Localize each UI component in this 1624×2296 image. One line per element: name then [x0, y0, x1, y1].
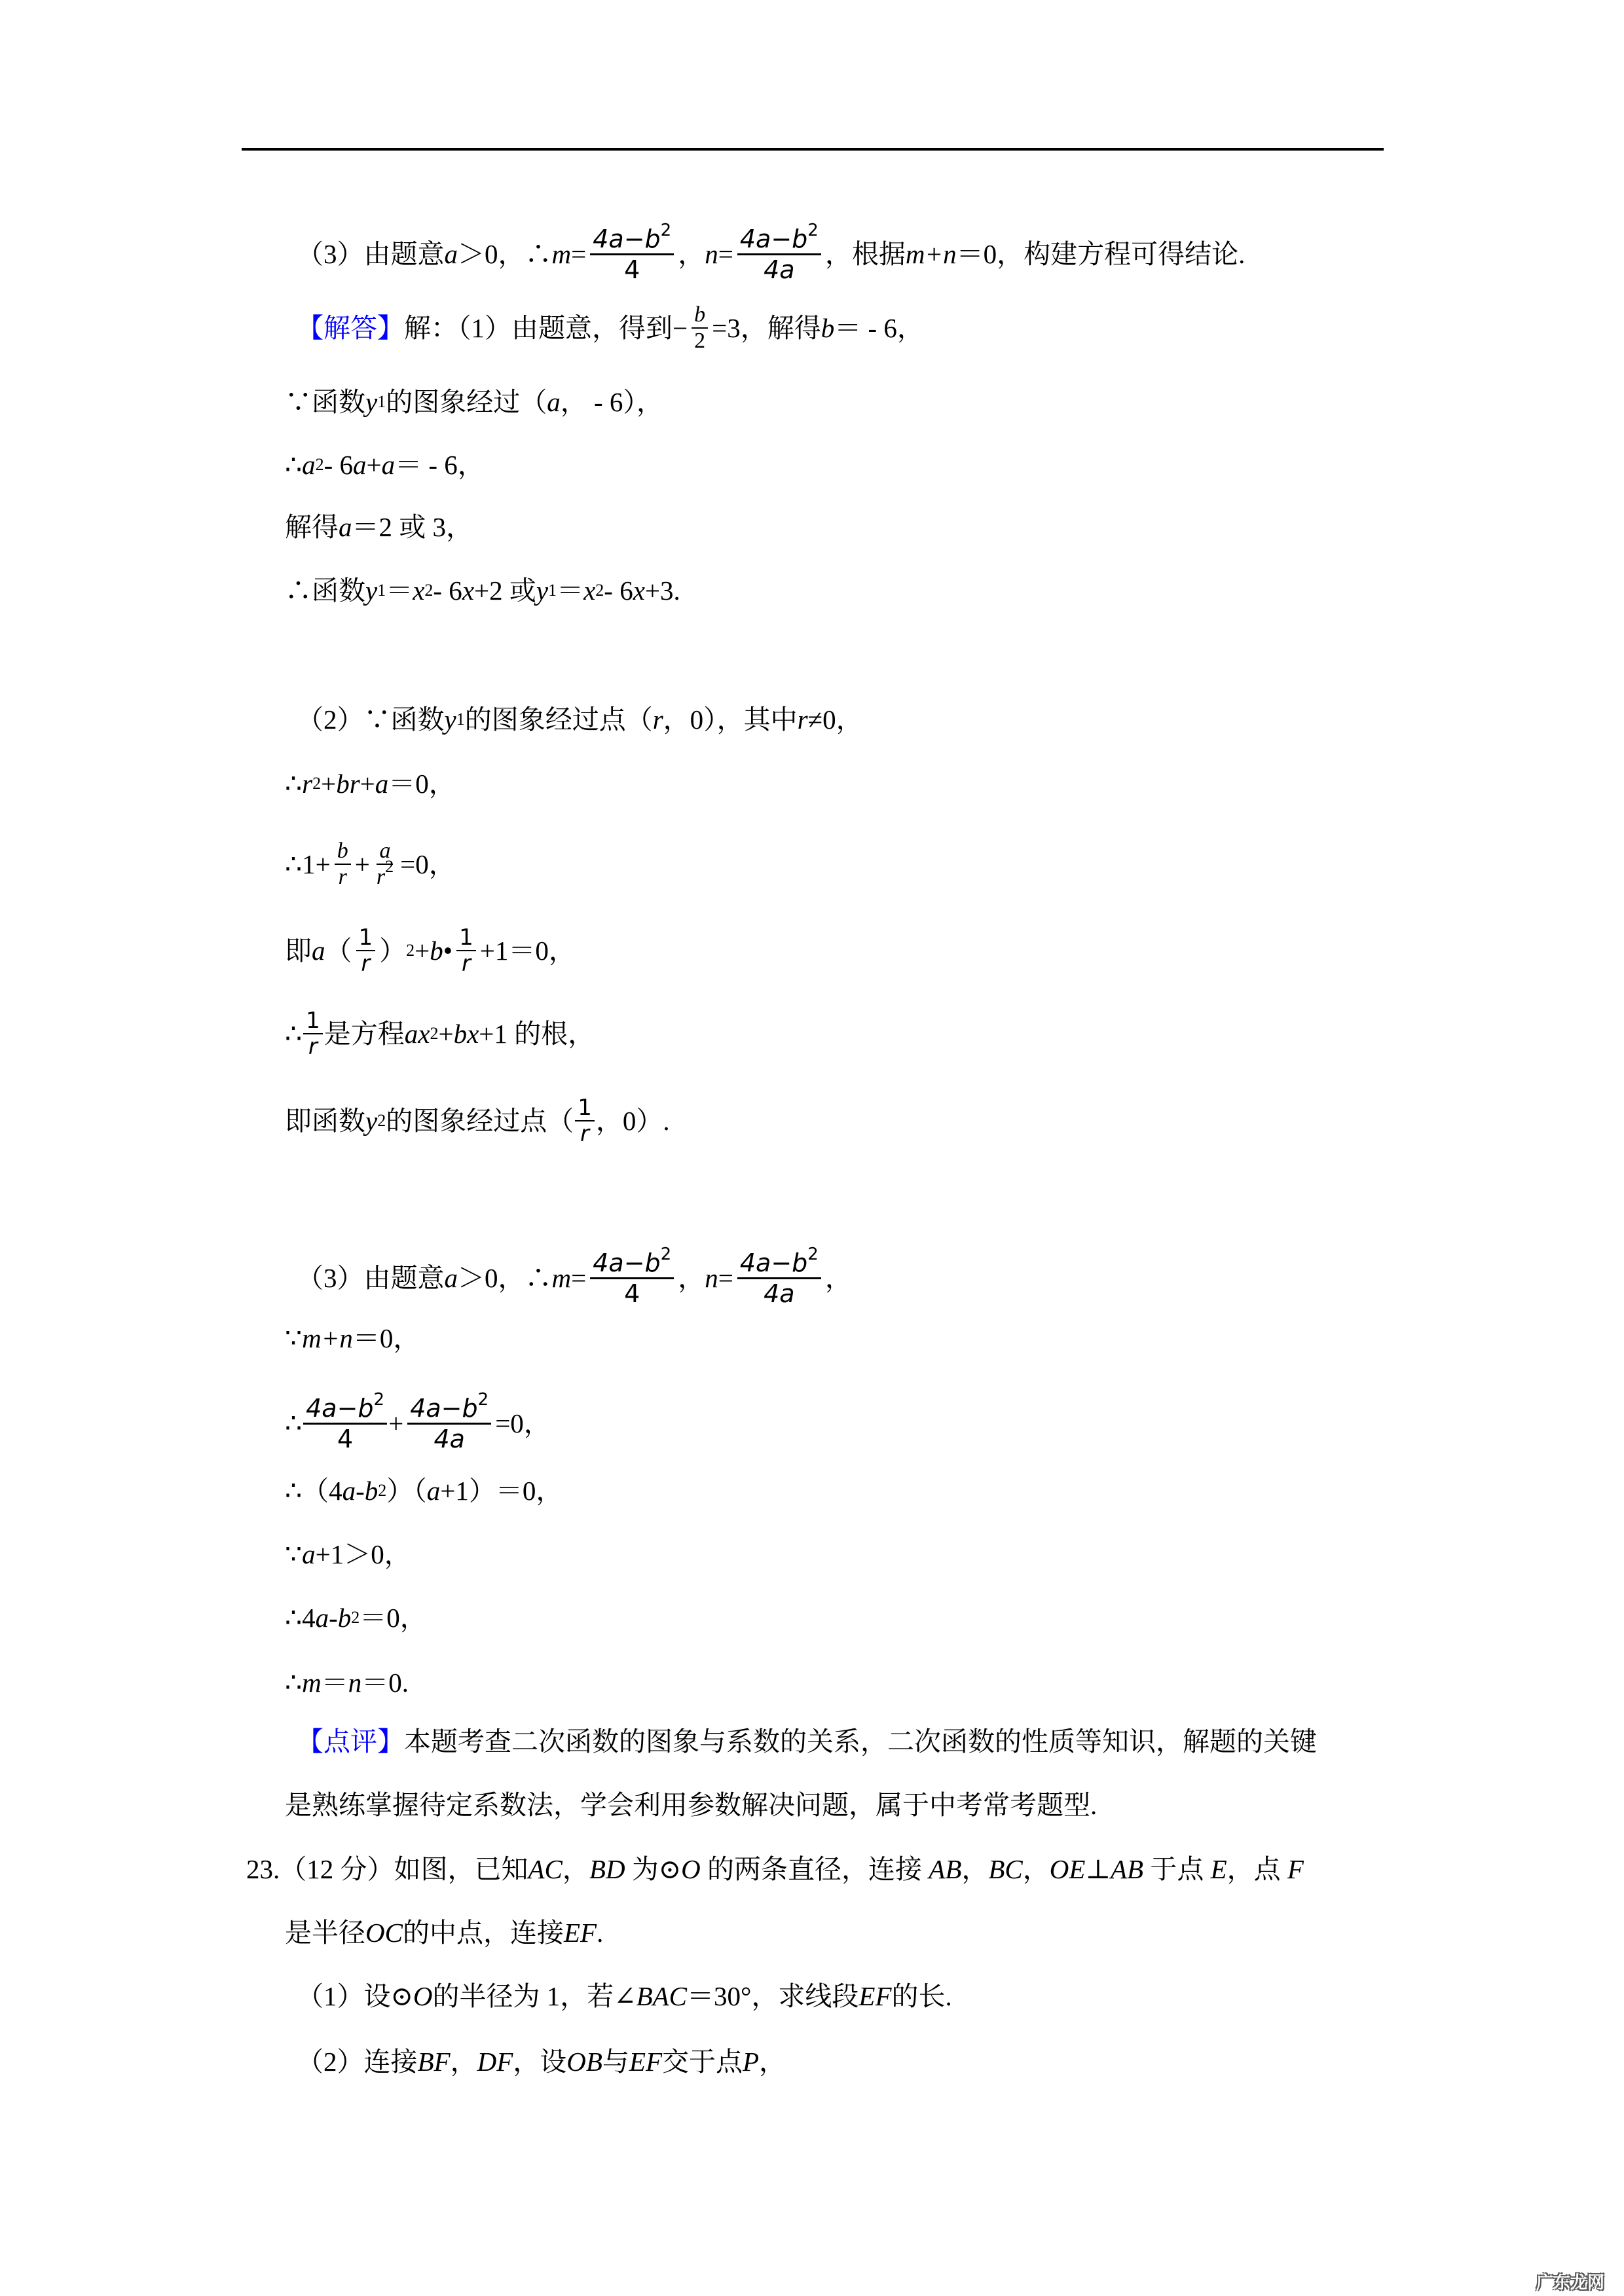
var: a [316, 1602, 329, 1633]
text: + [415, 935, 430, 966]
fraction: br [335, 839, 351, 890]
text: ∴ [285, 449, 302, 481]
text: 是方程 [324, 1018, 405, 1049]
var: x [413, 575, 424, 606]
num: 4a [740, 225, 771, 253]
var: EF [564, 1917, 597, 1948]
text: ） [379, 935, 406, 966]
solution-part3-line4: ∴（4a - b2）（a+1）＝0， [285, 1475, 563, 1506]
solution-part1-line2: ∵函数 y1 的图象经过（ a ， - 6）， [285, 386, 663, 418]
text: =3，解得 [712, 312, 821, 344]
var: y [445, 704, 456, 735]
var: b [821, 312, 835, 344]
text: ∴ [285, 1018, 302, 1049]
num: −b [624, 225, 661, 253]
den: r [459, 951, 473, 976]
text: - [329, 1602, 338, 1633]
text: ∴函数 [285, 575, 365, 606]
solution-part1-line1: 【解答】 解：（1）由题意，得到− b 2 =3，解得 b ＝ - 6， [297, 312, 924, 344]
var: r [798, 704, 808, 735]
sup: 2 [385, 857, 394, 876]
sup: 2 [478, 1390, 489, 1410]
text: + [355, 848, 370, 880]
text: ≠0， [808, 704, 863, 735]
text: 的长. [892, 1980, 952, 2012]
num: b [335, 839, 351, 865]
text: ，0）. [596, 1105, 670, 1137]
fraction-m: 4a−b2 4 [590, 225, 674, 284]
text: +3. [645, 575, 680, 606]
text: ⊥ [1085, 1854, 1111, 1884]
var: AB [929, 1854, 961, 1884]
fraction: 4a−b24 [303, 1394, 387, 1453]
text: ， [825, 1262, 852, 1294]
text: +2 或 [474, 575, 536, 606]
var: a [445, 1262, 458, 1294]
text: + [438, 1018, 453, 1049]
solution-part1-line4: 解得 a ＝2 或 3， [285, 511, 473, 543]
text: ＝ - 6， [395, 449, 485, 481]
var: DF [477, 2046, 513, 2077]
solution-part3-line2: ∵m+n＝0， [285, 1322, 420, 1354]
var: m [552, 1262, 572, 1294]
den: 4 [335, 1425, 356, 1453]
var: a [445, 238, 458, 270]
comment-line2: 是熟练掌握待定系数法，学会利用参数解决问题，属于中考常考题型. [285, 1789, 1097, 1821]
var: y [365, 1105, 377, 1137]
text: ， - 6）， [561, 386, 663, 418]
var: a [302, 1539, 316, 1570]
solution-part3-line5: ∵a+1＞0， [285, 1539, 411, 1570]
num: 4a [740, 1248, 771, 1277]
text: 是熟练掌握待定系数法，学会利用参数解决问题，属于中考常考题型. [285, 1789, 1097, 1821]
var: b [338, 1602, 352, 1633]
text: +1＞0， [316, 1539, 411, 1570]
var: AB [1111, 1854, 1143, 1884]
sup: 2 [374, 1390, 385, 1410]
text: ∴ [285, 1408, 302, 1439]
num: −b [441, 1394, 478, 1423]
comment-tag: 【点评】 [297, 1726, 404, 1757]
num: 1 [356, 925, 376, 951]
text: ∴ [285, 1667, 302, 1698]
var: a [427, 1475, 441, 1506]
var: n [705, 1262, 718, 1294]
var: BF [418, 2046, 451, 2077]
text: ∵ [285, 1539, 302, 1570]
solution-part3-line1: （3）由题意 a＞0，∴m= 4a−b24 ，n= 4a−b24a ， [297, 1262, 852, 1294]
text: ＝0， [353, 1322, 420, 1354]
text: = [718, 238, 733, 270]
var: OC [365, 1917, 403, 1948]
text: ， [563, 1854, 589, 1884]
solution-part1-line3: ∴ a2 - 6a+a ＝ - 6， [285, 449, 485, 481]
text: ＝0，构建方程可得结论. [957, 238, 1246, 270]
text: ， [678, 1262, 705, 1294]
text: （3）由题意 [297, 238, 445, 270]
num: −b [771, 1248, 807, 1277]
text: （ [325, 935, 352, 966]
text: + [367, 449, 382, 481]
var: b [430, 935, 443, 966]
analysis-part3-line: （3）由题意 a ＞0，∴ m = 4a−b2 4 ， n = 4a−b2 4a… [297, 238, 1245, 270]
den: 2 [692, 329, 708, 354]
num: 1 [456, 925, 476, 951]
solution-part2-line6: 即函数 y2 的图象经过点（ 1r ，0）. [285, 1105, 670, 1137]
text: ＝ - 6， [834, 312, 924, 344]
solution-part2-line2: ∴r2+br+a＝0， [285, 768, 456, 799]
var: a [312, 935, 325, 966]
var: m+n [906, 238, 957, 270]
text: ＝30°，求线段 [687, 1980, 858, 2012]
var: a [382, 449, 396, 481]
num: 4a [593, 225, 623, 253]
sup: 2 [807, 1245, 819, 1264]
var: n [705, 238, 718, 270]
text: ，点 [1227, 1854, 1287, 1884]
text: ∴4 [285, 1602, 316, 1633]
fraction-n: 4a−b2 4a [737, 225, 821, 284]
text: ＞0，∴ [458, 238, 552, 270]
sup: 2 [661, 221, 672, 240]
comment-line1: 【点评】本题考查二次函数的图象与系数的关系，二次函数的性质等知识，解题的关键 [297, 1726, 1317, 1757]
text: ＝0， [388, 768, 456, 799]
text: ＝0. [361, 1667, 409, 1698]
text: ）（ [386, 1475, 427, 1506]
var: a [353, 449, 367, 481]
text: ＝ [322, 1667, 348, 1698]
var: x [633, 575, 645, 606]
text: - 6 [324, 449, 353, 481]
var: BAC [637, 1980, 687, 2012]
solution-part2-line4: 即 a （ 1r ）2+b• 1r +1＝0， [285, 935, 576, 966]
text: = [571, 238, 586, 270]
var: P [743, 2046, 759, 2077]
text: ∴ [285, 768, 302, 799]
text: • [443, 935, 452, 966]
num: 4a [593, 1248, 623, 1277]
text: ，根据 [825, 238, 906, 270]
text: ∵函数 [285, 386, 365, 418]
var: a [302, 449, 316, 481]
var: EF [629, 2046, 662, 2077]
text: . [597, 1917, 603, 1948]
var: r [653, 704, 663, 735]
text: =0， [495, 1408, 551, 1439]
text: 于点 [1143, 1854, 1211, 1884]
text: +1）＝0， [440, 1475, 563, 1506]
text: ，设 [513, 2046, 566, 2077]
var: OB [566, 2046, 602, 2077]
den: 4 [621, 1279, 642, 1308]
var: x [462, 575, 474, 606]
text: =0， [400, 848, 456, 880]
text: ∴1+ [285, 848, 331, 880]
var: br [336, 768, 360, 799]
text: ， [961, 1854, 988, 1884]
text: ＝2 或 3， [352, 511, 473, 543]
den: r [578, 1121, 592, 1146]
var: EF [858, 1980, 891, 2012]
num: 1 [303, 1008, 323, 1034]
var: a [547, 386, 561, 418]
text: （1）设⊙ [297, 1980, 413, 2012]
text: - 6 [604, 575, 633, 606]
num: 4a [306, 1394, 337, 1423]
num: −b [624, 1248, 661, 1277]
var: x [583, 575, 595, 606]
text: 是半径 [285, 1917, 365, 1948]
var: E [1211, 1854, 1227, 1884]
var: m+n [302, 1322, 353, 1354]
text: ＝ [386, 575, 413, 606]
text: ＝0， [360, 1602, 427, 1633]
var: F [1287, 1854, 1304, 1884]
var: r [302, 768, 312, 799]
var: b [365, 1475, 378, 1506]
den: r [377, 865, 385, 889]
var: OE [1050, 1854, 1086, 1884]
text: ，0），其中 [663, 704, 798, 735]
var: y [365, 575, 377, 606]
text: - 6 [433, 575, 462, 606]
num: 1 [575, 1095, 595, 1121]
den: 4a [761, 1279, 797, 1308]
text: （3）由题意 [297, 1262, 445, 1294]
solution-part3-line7: ∴m＝n＝0. [285, 1667, 409, 1698]
solution-part2-line1: （2）∵函数 y1 的图象经过点（r，0），其中 r≠0， [297, 704, 863, 735]
var: a [342, 1475, 356, 1506]
var: y [365, 386, 377, 418]
text: ， [1023, 1854, 1050, 1884]
text: 为⊙ [625, 1854, 682, 1884]
var: m [552, 238, 572, 270]
fraction: 4a−b24 [590, 1248, 674, 1308]
text: ， [678, 238, 705, 270]
num: b [692, 302, 708, 329]
var: O [681, 1854, 701, 1884]
solution-tag: 【解答】 [297, 312, 404, 344]
fraction: ar2 [374, 839, 396, 890]
text: ＝ [557, 575, 583, 606]
fraction: 1r [303, 1008, 323, 1059]
text: 解：（1）由题意，得到− [404, 312, 688, 344]
fraction: b 2 [692, 302, 708, 354]
text: +1 的根， [479, 1018, 595, 1049]
text: + [321, 768, 336, 799]
text: +1＝0， [480, 935, 576, 966]
sup: 2 [807, 221, 819, 240]
text: 即函数 [285, 1105, 365, 1137]
text: 的图象经过点（ [465, 704, 653, 735]
question-number: 23.（12 分）如图，已知 [246, 1853, 528, 1885]
var: AC [528, 1854, 563, 1884]
question-23-text: AC，BD 为⊙O 的两条直径，连接 AB，BC，OE⊥AB 于点 E，点 F [528, 1853, 1304, 1885]
fraction: 1r [575, 1095, 595, 1146]
text: 与 [602, 2046, 629, 2077]
question-23-line1: 23.（12 分）如图，已知 AC，BD 为⊙O 的两条直径，连接 AB，BC，… [246, 1853, 1304, 1885]
text: （2）∵函数 [297, 704, 445, 735]
fraction: 4a−b24a [407, 1394, 491, 1453]
text: ， [759, 2046, 786, 2077]
fraction: 4a−b24a [737, 1248, 821, 1308]
var: ax [405, 1018, 430, 1049]
question-23-sub1: （1）设⊙O 的半径为 1，若∠BAC＝30°，求线段 EF 的长. [297, 1980, 952, 2012]
var: a [339, 511, 352, 543]
den: 4 [621, 255, 642, 284]
text: 交于点 [662, 2046, 743, 2077]
watermark-logo: 广东龙网 [1536, 2269, 1604, 2293]
text: = [718, 1262, 733, 1294]
question-23-line2: 是半径 OC 的中点，连接 EF. [285, 1917, 603, 1948]
var: O [413, 1980, 433, 2012]
num: −b [337, 1394, 374, 1423]
solution-part2-line5: ∴ 1r 是方程 ax2+bx+1 的根， [285, 1018, 595, 1049]
var: bx [454, 1018, 479, 1049]
text: 的图象经过点（ [386, 1105, 574, 1137]
text: 解得 [285, 511, 339, 543]
text: + [388, 1408, 403, 1439]
text: ∴（4 [285, 1475, 342, 1506]
den: 4a [431, 1425, 467, 1453]
text: + [360, 768, 375, 799]
den: 4a [761, 255, 797, 284]
var: BD [589, 1854, 625, 1884]
solution-part2-line3: ∴1+ br + ar2 =0， [285, 848, 456, 880]
solution-part3-line6: ∴4a - b2＝0， [285, 1602, 427, 1633]
text: ∵ [285, 1322, 302, 1354]
text: - [356, 1475, 365, 1506]
solution-part1-line5: ∴函数 y1＝x2 - 6x +2 或 y1＝x2 - 6x +3. [285, 575, 680, 606]
var: m [302, 1667, 322, 1698]
text: 的半径为 1，若∠ [432, 1980, 636, 2012]
den: r [336, 865, 350, 890]
sup: 2 [661, 1245, 672, 1264]
text: = [571, 1262, 586, 1294]
fraction: 1r [456, 925, 476, 976]
text: 的图象经过（ [386, 386, 547, 418]
text: （2）连接 [297, 2046, 418, 2077]
text: 的中点，连接 [403, 1917, 564, 1948]
var: a [375, 768, 389, 799]
text: ＞0，∴ [458, 1262, 552, 1294]
header-rule [242, 148, 1384, 151]
den: r [306, 1034, 320, 1059]
solution-part3-line3: ∴ 4a−b24 + 4a−b24a =0， [285, 1408, 551, 1439]
var: y [536, 575, 548, 606]
text: 的两条直径，连接 [701, 1854, 929, 1884]
den: r [358, 951, 373, 976]
var: n [348, 1667, 362, 1698]
num: 4a [410, 1394, 441, 1423]
fraction: 1r [356, 925, 376, 976]
question-23-sub2: （2）连接 BF，DF，设 OB 与 EF 交于点 P， [297, 2046, 786, 2077]
text: 即 [285, 935, 312, 966]
text: ， [451, 2046, 477, 2077]
num: −b [771, 225, 807, 253]
var: BC [988, 1854, 1022, 1884]
text: 本题考查二次函数的图象与系数的关系，二次函数的性质等知识，解题的关键 [404, 1726, 1317, 1757]
